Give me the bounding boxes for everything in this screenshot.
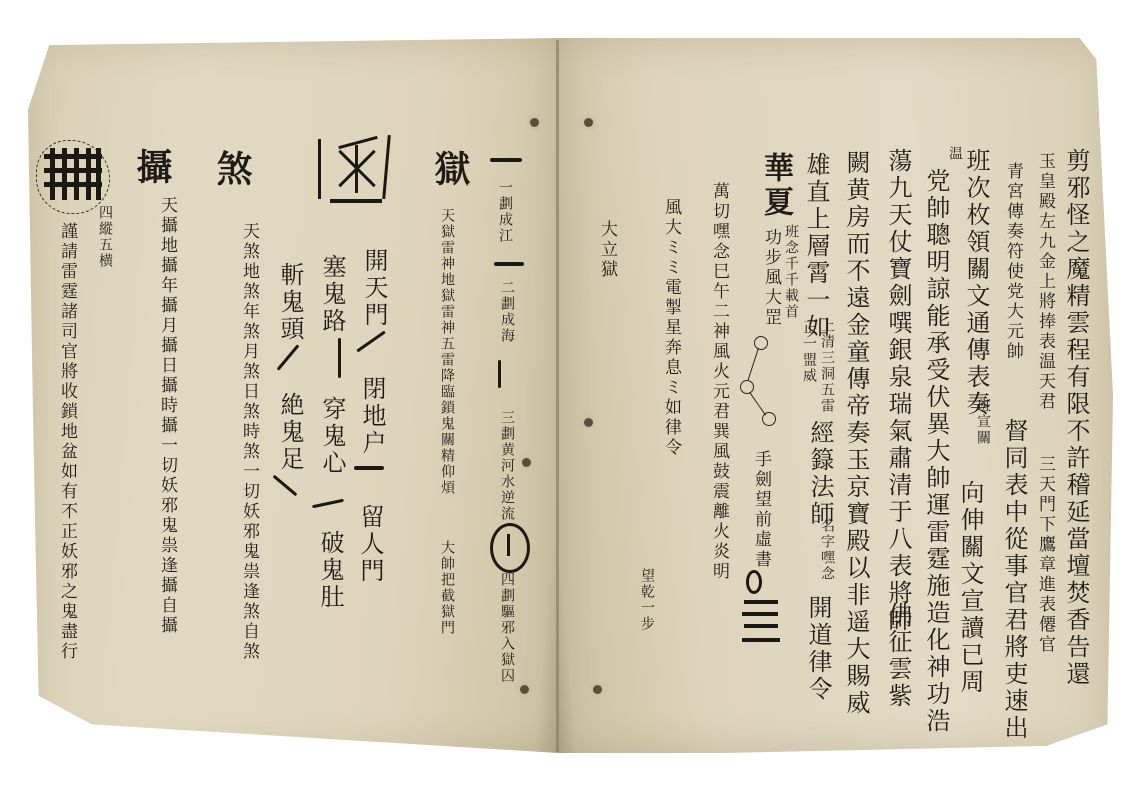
text-column: 向伸關文宣讀已周: [958, 480, 982, 696]
text-column: 大帥把截獄門: [440, 540, 454, 636]
binding-hole: [522, 458, 531, 467]
command-item: 絶鬼足: [278, 392, 302, 473]
text-column: 功步風大罡: [762, 228, 779, 328]
binding-hole: [584, 118, 593, 127]
note-label: 一劃成江: [498, 180, 512, 244]
text-column: 督同表中從事官君將吏速出: [1002, 418, 1026, 742]
command-item: 破鬼肚: [318, 530, 342, 611]
text-column: 大帥運雷霆施造化神功浩: [924, 438, 948, 735]
section-heading: 煞: [214, 150, 250, 186]
text-column: 党帥聰明諒能承受伏異: [924, 168, 948, 438]
text-column: 天攝地攝年攝月攝日攝時攝一切妖邪鬼祟逢攝自攝: [158, 196, 175, 636]
text-column: 班次枚領關文通傳表奏: [964, 148, 988, 418]
text-column: 闕黄房而不遠金童傳帝奏玉京寶殿以非遥大賜威: [844, 150, 868, 717]
note-label: 四劃驅邪入獄囚: [500, 572, 514, 684]
text-column: 温: [948, 146, 962, 162]
text-column: 佛征雲紫: [886, 602, 910, 710]
text-column: 正一盟威: [802, 320, 816, 384]
binding-hole: [593, 685, 602, 694]
binding-hole: [520, 685, 529, 694]
text-column: 蕩九天仗寶劍噀銀泉瑞氣肅清于八表將帥: [886, 148, 910, 634]
stroke-mark: [354, 466, 384, 470]
text-column: 上清三洞五雷: [820, 318, 834, 414]
manuscript-spread: 剪邪怪之魔精雲程有限不許稽延當壇焚香告還 玉皇殿左九金上將捧表温天君 三天門下鷹…: [0, 0, 1123, 793]
text-column: 班念千千載首: [784, 224, 798, 320]
command-item: 塞鬼路: [320, 254, 344, 335]
text-column: 雄直上層霄一如: [804, 152, 828, 341]
text-column: 班宣關: [976, 398, 990, 446]
binding-hole: [584, 418, 593, 427]
command-item: 開天門: [362, 248, 386, 329]
command-item: 閉地户: [360, 376, 384, 457]
text-column: 手劍望前虛書: [752, 450, 769, 570]
command-item: 穿鬼心: [320, 396, 344, 477]
text-column: 風大ミミ電掣星奔息ミ如律令: [662, 198, 679, 458]
stroke-mark: [490, 158, 522, 162]
text-column: 天獄雷神地獄雷神五雷降臨鎖鬼關精仰煩: [440, 208, 454, 496]
text-column: 大立獄: [598, 220, 615, 280]
text-column: 望乾一步: [640, 568, 654, 632]
text-column: 三天門下鷹章進表僊官: [1036, 455, 1053, 655]
note-label: 四縱五横: [98, 205, 112, 269]
spine-binding: [556, 40, 559, 752]
section-heading: 獄: [432, 150, 468, 186]
text-column: 開道律令: [806, 595, 830, 703]
text-column: 華夏: [760, 152, 790, 220]
sanjia-talisman-icon: [742, 568, 782, 648]
command-item: 留人門: [358, 504, 382, 585]
right-page: [558, 38, 1113, 753]
text-column: 名字嘿念: [820, 518, 834, 582]
text-column: 謹請雷霆諸司官將收鎖地盆如有不正妖邪之鬼盡行: [58, 222, 75, 662]
talisman-heading-icon: [318, 135, 388, 203]
text-column: 玉皇殿左九金上將捧表温天君: [1036, 152, 1053, 412]
text-column: 經籙法師: [808, 420, 832, 528]
circle-stroke-mark: [490, 523, 530, 573]
text-column: 青宮傳奏符使党大元帥: [1004, 162, 1021, 362]
note-label: 二劃成海: [500, 280, 514, 344]
binding-hole: [530, 118, 539, 127]
note-label: 三劃黄河水逆流: [500, 410, 514, 522]
grid-talisman-icon: [44, 148, 102, 200]
stroke-mark: [494, 262, 524, 266]
text-column: 萬切嘿念巳午二神風火元君巽風鼓震離火炎明: [710, 182, 727, 582]
text-column: 天煞地煞年煞月煞日煞時煞一切妖邪鬼祟逢煞自煞: [240, 222, 257, 662]
command-item: 斬鬼頭: [278, 262, 302, 343]
section-heading: 攝: [134, 148, 170, 184]
stroke-mark: [338, 338, 341, 378]
stroke-mark: [498, 360, 501, 388]
text-column: 剪邪怪之魔精雲程有限不許稽延當壇焚香告還: [1064, 148, 1088, 688]
